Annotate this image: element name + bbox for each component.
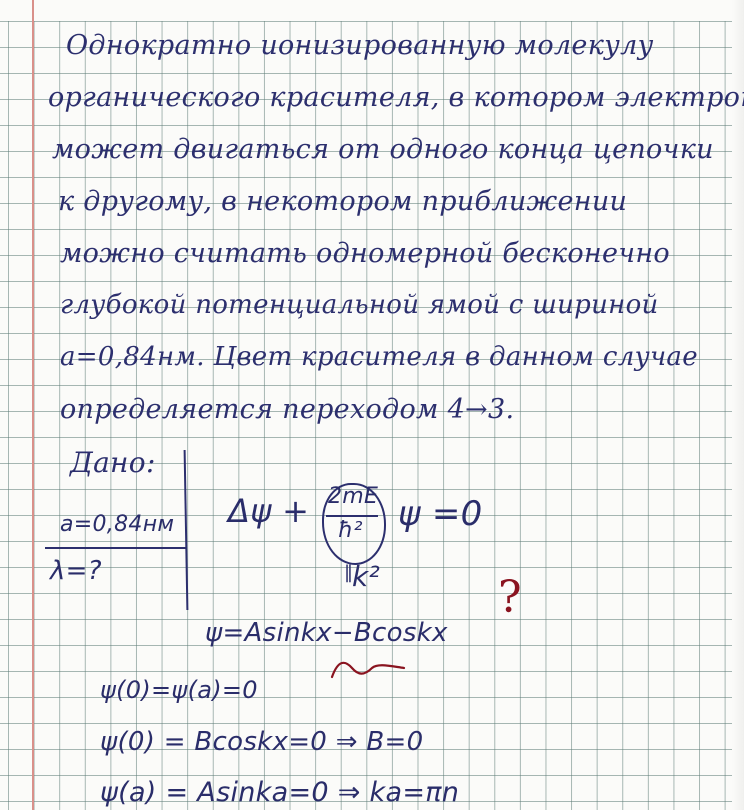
red-squiggle-underline <box>0 0 744 810</box>
